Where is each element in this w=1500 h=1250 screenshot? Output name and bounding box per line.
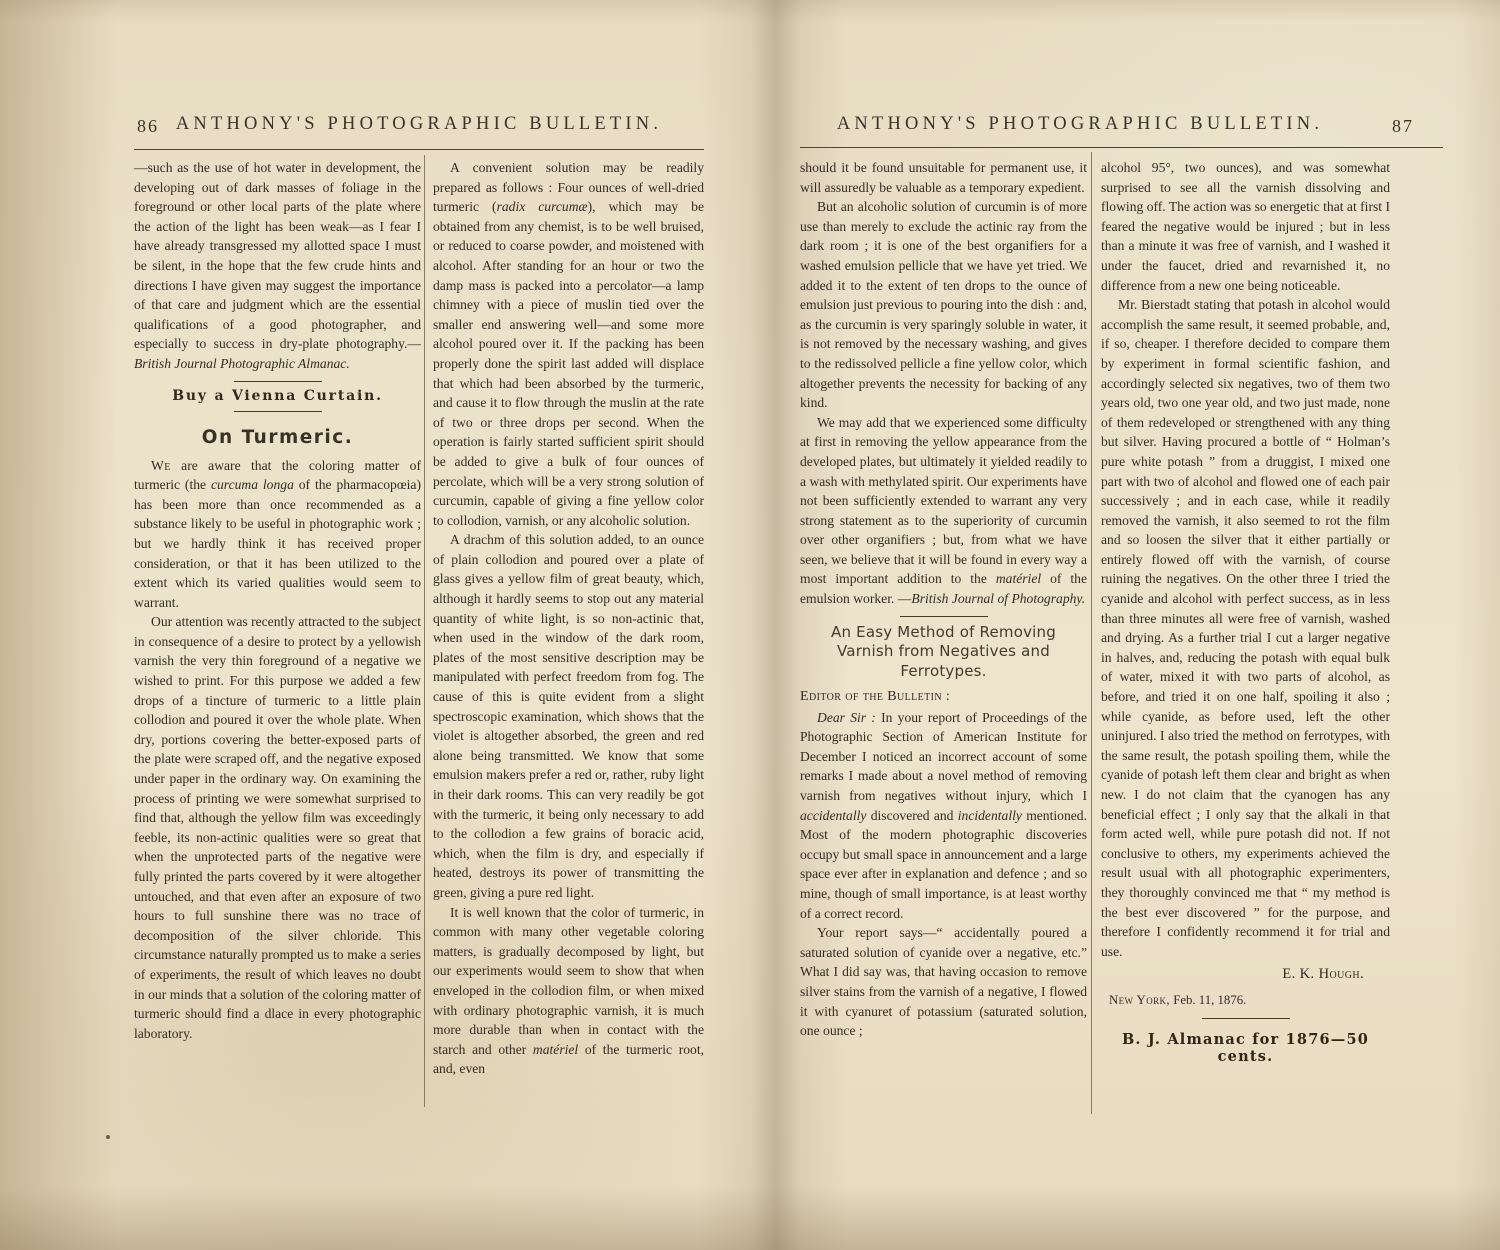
section-rule <box>1202 1018 1290 1019</box>
paragraph: Our attention was recently attracted to … <box>134 612 421 1043</box>
vienna-curtain-heading: Buy a Vienna Curtain. <box>134 388 421 404</box>
paragraph: A convenient solution may be readily pre… <box>433 158 704 530</box>
almanac-advertisement: B. J. Almanac for 1876—50 cents. <box>1101 1031 1390 1065</box>
section-rule <box>900 616 988 617</box>
left-running-head: ANTHONY'S PHOTOGRAPHIC BULLETIN. <box>135 114 703 135</box>
right-header-rule <box>800 147 1443 148</box>
varnish-article-title: An Easy Method of Removing Varnish from … <box>806 623 1081 682</box>
page-bottom-edge-shadow <box>0 1186 1500 1250</box>
book-spread-scan: 86 ANTHONY'S PHOTOGRAPHIC BULLETIN. ANTH… <box>0 0 1500 1250</box>
on-turmeric-title: On Turmeric. <box>134 427 421 448</box>
right-running-head: ANTHONY'S PHOTOGRAPHIC BULLETIN. <box>800 114 1360 135</box>
ink-speck <box>106 1135 110 1139</box>
paragraph: —such as the use of hot water in develop… <box>134 158 421 374</box>
paragraph: A drachm of this solution added, to an o… <box>433 530 704 902</box>
page-top-edge-shadow <box>0 0 1500 22</box>
paragraph: It is well known that the color of turme… <box>433 903 704 1079</box>
paragraph: We are aware that the coloring matter of… <box>134 456 421 613</box>
section-rule <box>234 381 322 382</box>
left-page-column-2: A convenient solution may be readily pre… <box>433 158 704 1079</box>
paragraph: But an alcoholic solution of curcumin is… <box>800 197 1087 413</box>
section-rule <box>234 411 322 412</box>
letter-dateline: New York, Feb. 11, 1876. <box>1101 991 1390 1011</box>
right-page-column-2: alcohol 95°, two ounces), and was somewh… <box>1101 158 1390 1079</box>
left-header-rule <box>134 149 704 150</box>
left-page-column-divider <box>424 155 425 1107</box>
letter-signature: E. K. Hough. <box>1101 965 1390 985</box>
page-left-edge-shadow <box>0 0 118 1250</box>
paragraph: alcohol 95°, two ounces), and was somewh… <box>1101 158 1390 295</box>
right-page-number: 87 <box>1392 116 1414 137</box>
right-page-column-divider <box>1091 152 1092 1114</box>
paragraph: We may add that we experienced some diff… <box>800 413 1087 609</box>
right-page-column-1: should it be found unsuitable for perman… <box>800 158 1087 1041</box>
paragraph: Mr. Bierstadt stating that potash in alc… <box>1101 295 1390 961</box>
page-right-edge-shadow <box>1454 0 1500 1250</box>
editor-salutation: Editor of the Bulletin : <box>800 687 1087 707</box>
paragraph: Dear Sir : In your report of Proceedings… <box>800 708 1087 924</box>
left-page-column-1: —such as the use of hot water in develop… <box>134 158 421 1043</box>
paragraph: should it be found unsuitable for perman… <box>800 158 1087 197</box>
paragraph: Your report says—“ accidentally poured a… <box>800 923 1087 1041</box>
